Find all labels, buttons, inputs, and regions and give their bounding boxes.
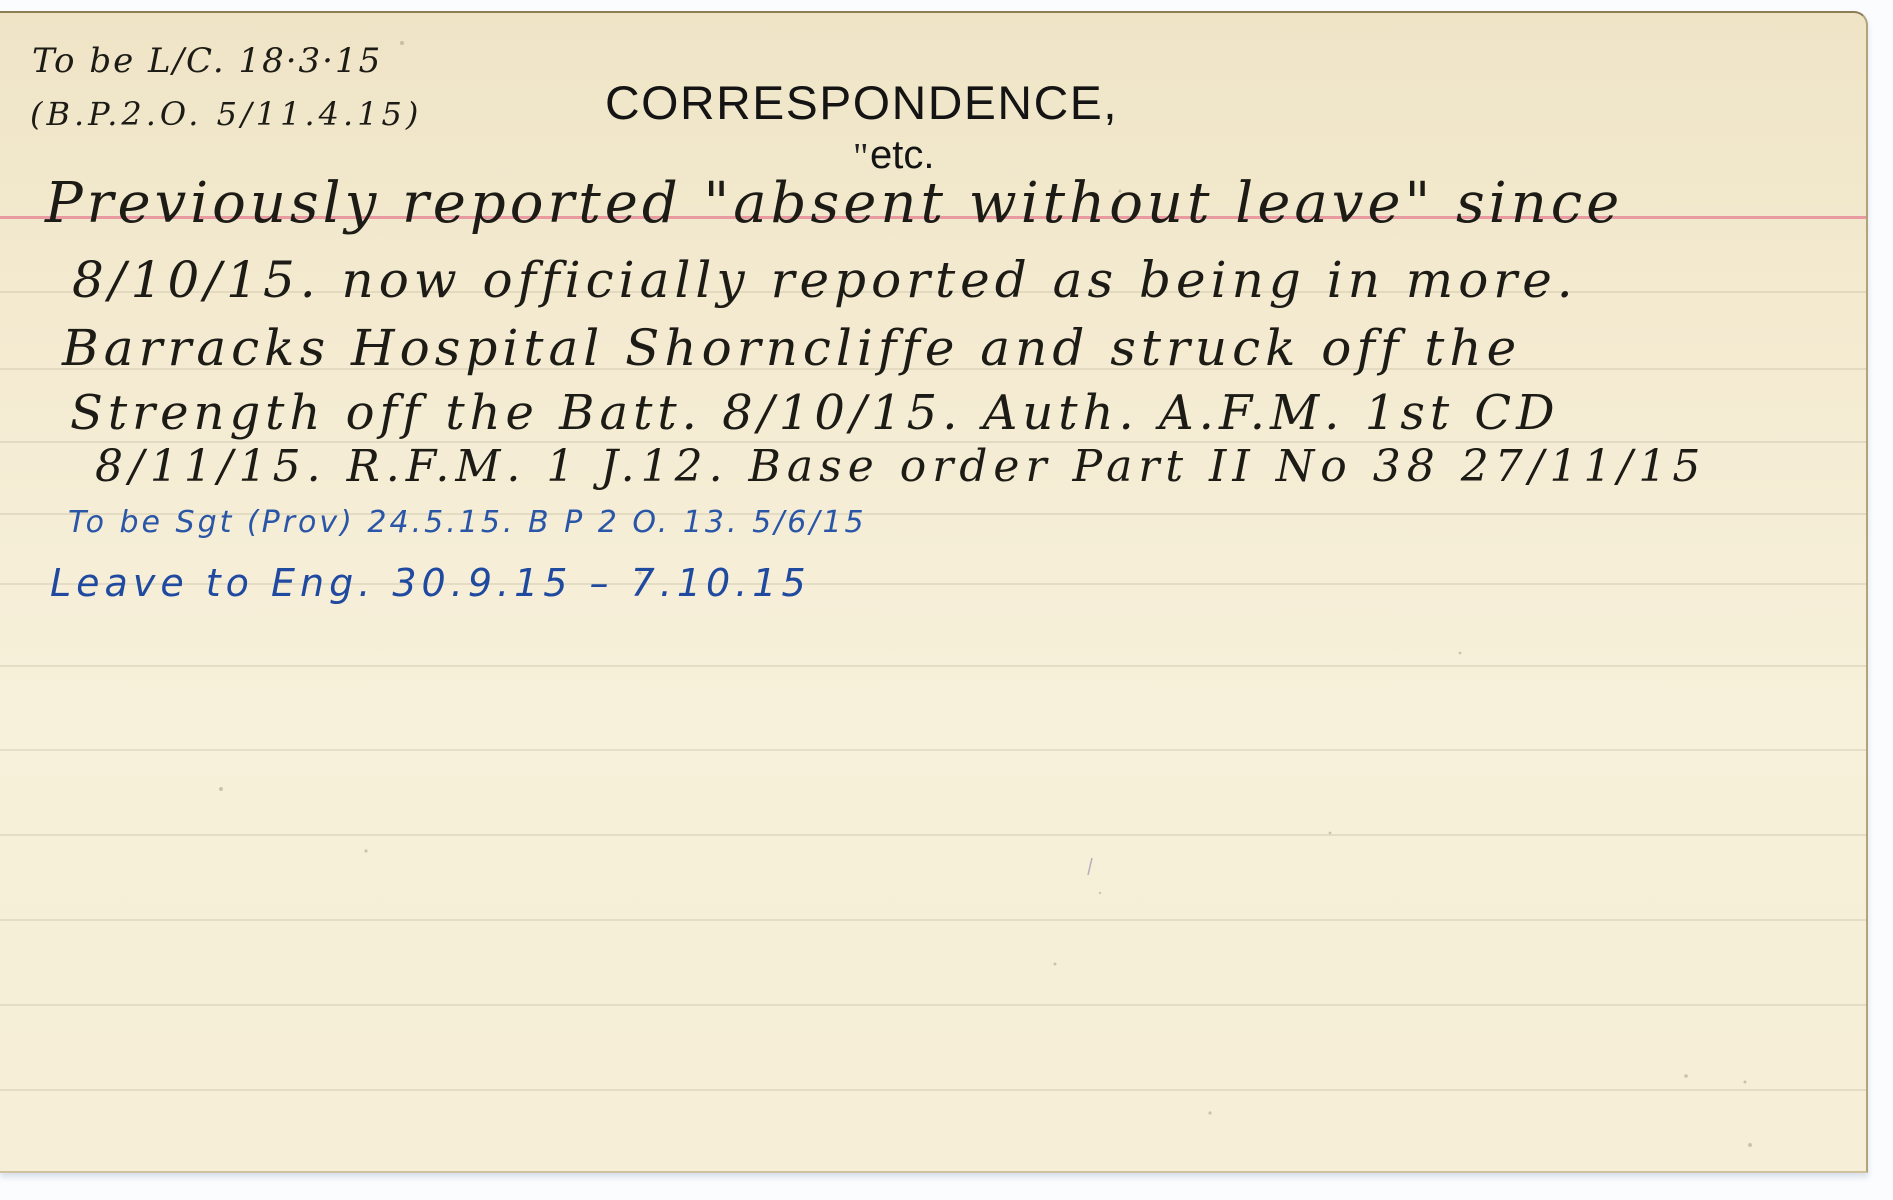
blue-entry-sergeant: To be Sgt (Prov) 24.5.15. B P 2 O. 13. 5… — [68, 505, 867, 540]
margin-note-promotion: To be L/C. 18·3·15 — [32, 41, 382, 81]
ruled-line — [0, 1004, 1866, 1006]
entry-line-2: 8/10/15. now officially reported as bein… — [72, 251, 1578, 309]
blue-entry-leave: Leave to Eng. 30.9.15 – 7.10.15 — [50, 561, 811, 605]
ruled-line — [0, 834, 1866, 836]
entry-line-3: Barracks Hospital Shorncliffe and struck… — [62, 319, 1521, 377]
margin-note-reference: (B.P.2.O. 5/11.4.15) — [30, 95, 422, 133]
record-card: CORRESPONDENCE, " etc. To be L/C. 18·3·1… — [0, 11, 1868, 1173]
printed-heading: CORRESPONDENCE, — [605, 75, 1118, 130]
entry-line-1: Previously reported "absent without leav… — [45, 171, 1623, 236]
entry-line-4: Strength off the Batt. 8/10/15. Auth. A.… — [70, 385, 1560, 441]
ruled-line — [0, 665, 1866, 667]
entry-line-5: 8/11/15. R.F.M. 1 J.12. Base order Part … — [95, 441, 1706, 492]
ruled-line — [0, 749, 1866, 751]
ruled-line — [0, 1089, 1866, 1091]
ruled-line — [0, 919, 1866, 921]
